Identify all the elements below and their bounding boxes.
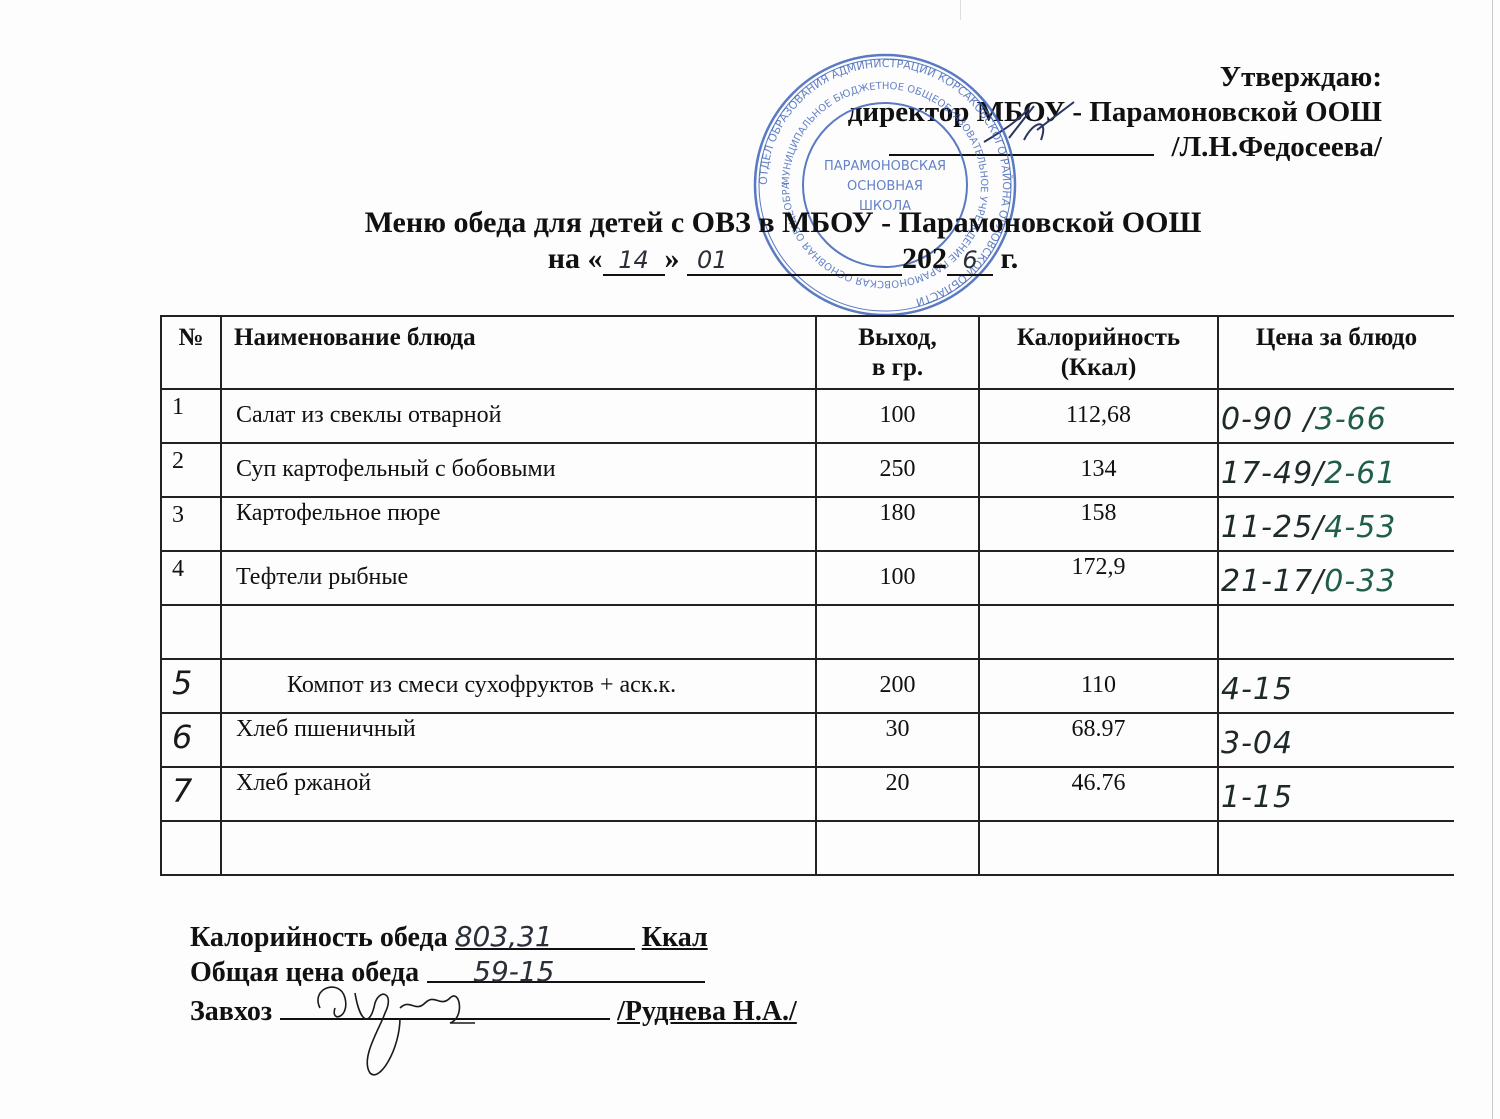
date-suffix: г. (1001, 242, 1019, 275)
dish-price: 21-17/0-33 (1218, 551, 1454, 605)
dish-yield (816, 605, 979, 659)
price-secondary: 3-66 (1315, 402, 1387, 437)
manager-label: Завхоз (190, 996, 272, 1027)
dish-name: Хлеб ржаной (221, 767, 816, 821)
signature-scribble-icon (979, 100, 1079, 150)
dish-yield: 100 (816, 551, 979, 605)
dish-yield: 100 (816, 389, 979, 443)
price-main: 17-49/ (1221, 456, 1324, 491)
date-day-field[interactable]: 14 (603, 246, 665, 276)
menu-title-line: Меню обеда для детей с ОВЗ в МБОУ - Пара… (0, 205, 1500, 241)
dish-name: Тефтели рыбные (221, 551, 816, 605)
price-main: 4-15 (1221, 672, 1293, 707)
row-number: 6 (161, 713, 221, 767)
table-row: 2Суп картофельный с бобовыми25013417-49/… (161, 443, 1454, 497)
manager-name: /Руднева Н.А./ (617, 996, 797, 1027)
table-row-empty (161, 605, 1454, 659)
dish-name (221, 821, 816, 875)
dish-kcal: 112,68 (979, 389, 1218, 443)
page-edge (1492, 0, 1493, 1119)
dish-name: Картофельное пюре (221, 497, 816, 551)
kcal-unit: Ккал (642, 922, 708, 953)
dish-yield: 30 (816, 713, 979, 767)
manager-signature-icon (300, 978, 500, 1088)
table-row: 3Картофельное пюре18015811-25/4-53 (161, 497, 1454, 551)
price-secondary: 2-61 (1324, 456, 1396, 491)
price-main: 11-25/ (1221, 510, 1324, 545)
dish-price: 4-15 (1218, 659, 1454, 713)
dish-kcal: 110 (979, 659, 1218, 713)
dish-price: 3-04 (1218, 713, 1454, 767)
table-row: 4Тефтели рыбные100172,921-17/0-33 (161, 551, 1454, 605)
table-row: 7Хлеб ржаной2046.761-15 (161, 767, 1454, 821)
price-secondary: 0-33 (1324, 564, 1396, 599)
menu-table: № Наименование блюда Выход,в гр. Калорий… (160, 315, 1454, 876)
manager-signature-field[interactable] (280, 990, 610, 1020)
stamp-center-2: ОСНОВНАЯ (847, 179, 923, 194)
summary-kcal: Калорийность обеда 803,31 Ккал (190, 920, 797, 955)
header-name: Наименование блюда (221, 316, 816, 389)
row-number (161, 605, 221, 659)
dish-yield: 180 (816, 497, 979, 551)
dish-kcal: 134 (979, 443, 1218, 497)
dish-price: 11-25/4-53 (1218, 497, 1454, 551)
row-number: 1 (161, 389, 221, 443)
approval-block: Утверждаю: директор МБОУ - Парамоновской… (848, 60, 1382, 165)
director-signature (889, 130, 1154, 156)
row-number: 7 (161, 767, 221, 821)
dish-name: Компот из смеси сухофруктов + аск.к. (221, 659, 816, 713)
dish-price (1218, 605, 1454, 659)
dish-name: Салат из свеклы отварной (221, 389, 816, 443)
summary-manager: Завхоз /Руднева Н.А./ (190, 990, 797, 1029)
dish-kcal (979, 821, 1218, 875)
approval-name: /Л.Н.Федосеева/ (1172, 131, 1382, 163)
dish-yield: 20 (816, 767, 979, 821)
header-yield: Выход,в гр. (816, 316, 979, 389)
header-num: № (161, 316, 221, 389)
summary-block: Калорийность обеда 803,31 Ккал Общая цен… (190, 920, 797, 1029)
table-row: 5Компот из смеси сухофруктов + аск.к.200… (161, 659, 1454, 713)
header-price: Цена за блюдо (1218, 316, 1454, 389)
price-main: 3-04 (1221, 726, 1293, 761)
row-number: 3 (161, 497, 221, 551)
table-row-empty (161, 821, 1454, 875)
dish-name (221, 605, 816, 659)
fold-mark (960, 0, 961, 20)
dish-yield: 250 (816, 443, 979, 497)
price-main: 1-15 (1221, 780, 1293, 815)
dish-kcal: 68.97 (979, 713, 1218, 767)
menu-date-line: на «14» 012026 г. (0, 241, 1500, 277)
dish-yield (816, 821, 979, 875)
dish-price: 1-15 (1218, 767, 1454, 821)
dish-name: Хлеб пшеничный (221, 713, 816, 767)
row-number: 4 (161, 551, 221, 605)
dish-price (1218, 821, 1454, 875)
dish-price: 17-49/2-61 (1218, 443, 1454, 497)
row-number: 5 (161, 659, 221, 713)
approval-signature-line: /Л.Н.Федосеева/ (848, 130, 1382, 165)
menu-title: Меню обеда для детей с ОВЗ в МБОУ - Пара… (0, 205, 1500, 277)
approval-heading: Утверждаю: (848, 60, 1382, 95)
dish-price: 0-90 /3-66 (1218, 389, 1454, 443)
date-year-prefix: 202 (902, 242, 947, 275)
row-number (161, 821, 221, 875)
date-month-field[interactable]: 01 (687, 246, 902, 276)
dish-kcal (979, 605, 1218, 659)
table-row: 1Салат из свеклы отварной100112,680-90 /… (161, 389, 1454, 443)
row-number: 2 (161, 443, 221, 497)
approval-position: директор МБОУ - Парамоновской ООШ (848, 95, 1382, 130)
dish-kcal: 158 (979, 497, 1218, 551)
date-year-field[interactable]: 6 (947, 246, 993, 276)
price-secondary: 4-53 (1324, 510, 1396, 545)
header-kcal: Калорийность(Ккал) (979, 316, 1218, 389)
dish-name: Суп картофельный с бобовыми (221, 443, 816, 497)
date-prefix: на « (548, 242, 603, 275)
dish-yield: 200 (816, 659, 979, 713)
kcal-label: Калорийность обеда (190, 922, 448, 953)
price-main: 0-90 / (1221, 402, 1315, 437)
dish-kcal: 46.76 (979, 767, 1218, 821)
table-header-row: № Наименование блюда Выход,в гр. Калорий… (161, 316, 1454, 389)
price-main: 21-17/ (1221, 564, 1324, 599)
table-row: 6Хлеб пшеничный3068.973-04 (161, 713, 1454, 767)
kcal-total-field[interactable]: 803,31 (455, 920, 635, 950)
date-day-close: » (665, 242, 680, 275)
dish-kcal: 172,9 (979, 551, 1218, 605)
